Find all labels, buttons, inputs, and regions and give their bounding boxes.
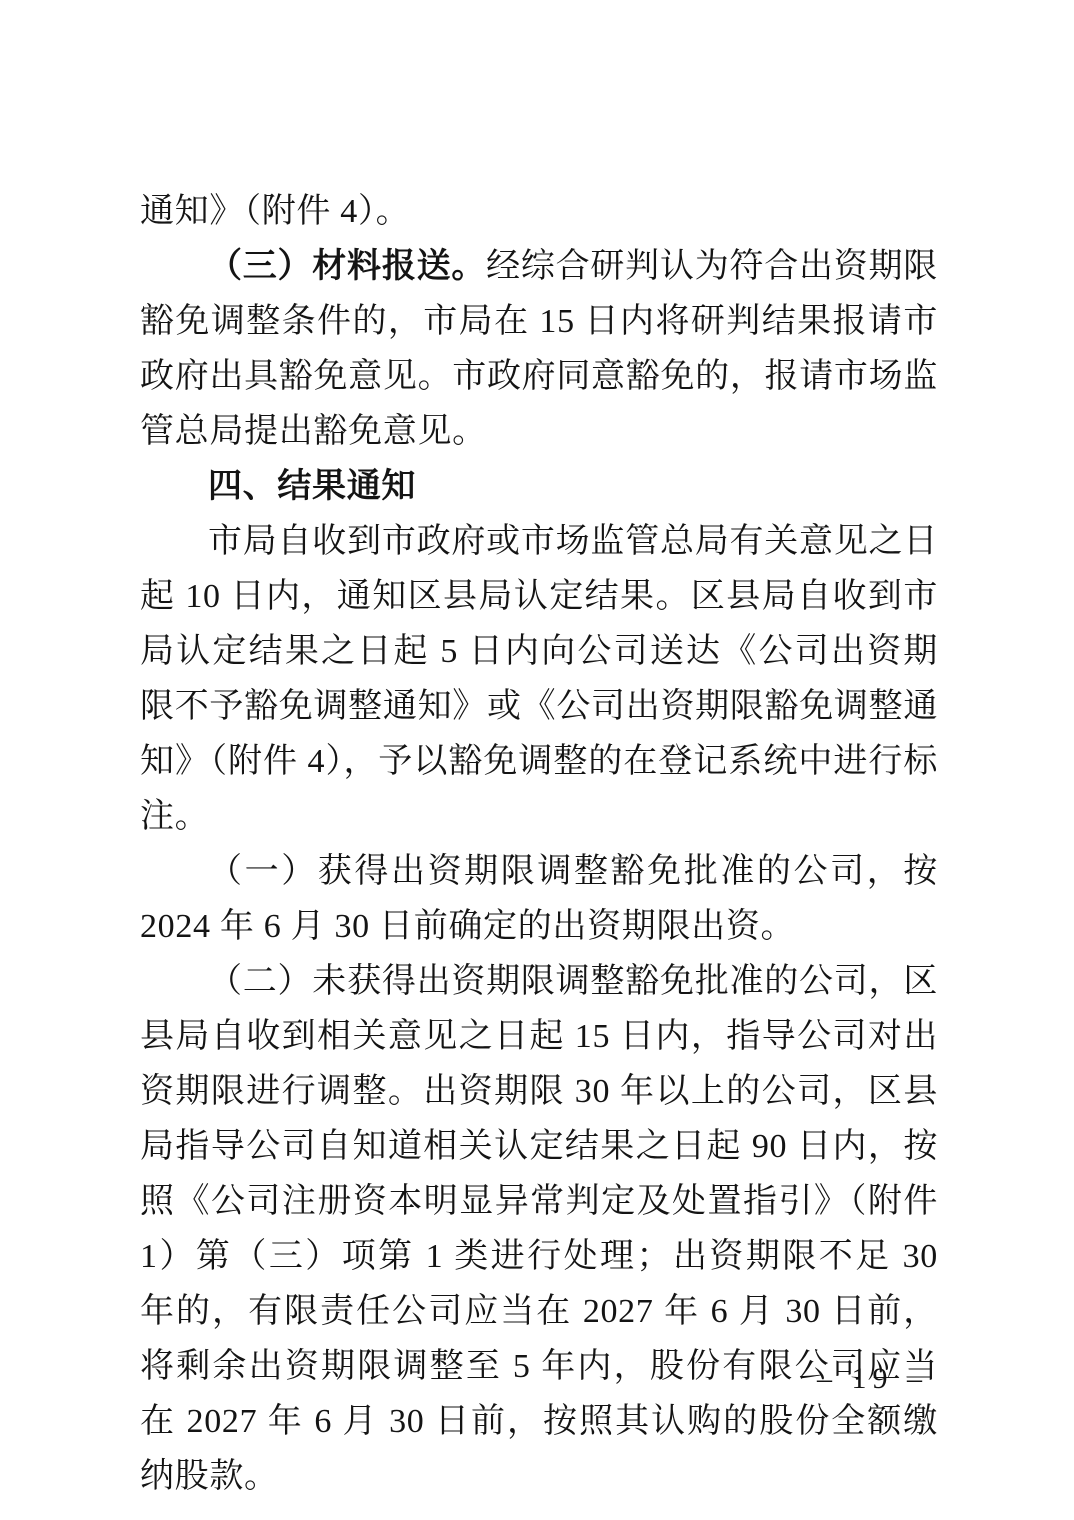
paragraph-text: 通知》（附件 4）。 [140, 193, 410, 230]
paragraph-item-2: （二）未获得出资期限调整豁免批准的公司，区县局自收到相关意见之日起 15 日内，… [140, 954, 938, 1504]
paragraph-text: （一）获得出资期限调整豁免批准的公司，按 2024 年 6 月 30 日前确定的… [140, 853, 938, 945]
paragraph-text: （二）未获得出资期限调整豁免批准的公司，区县局自收到相关意见之日起 15 日内，… [140, 963, 938, 1495]
paragraph-text: 市局自收到市政府或市场监管总局有关意见之日起 10 日内，通知区县局认定结果。区… [140, 523, 938, 835]
paragraph-lead: （三）材料报送。 [208, 248, 486, 285]
paragraph-continuation: 通知》（附件 4）。 [140, 184, 938, 239]
document-page: 通知》（附件 4）。 （三）材料报送。经综合研判认为符合出资期限豁免调整条件的，… [0, 0, 1074, 1520]
document-body: 通知》（附件 4）。 （三）材料报送。经综合研判认为符合出资期限豁免调整条件的，… [140, 184, 938, 1504]
page-number: – 19 – [817, 1362, 928, 1396]
paragraph-notice-procedure: 市局自收到市政府或市场监管总局有关意见之日起 10 日内，通知区县局认定结果。区… [140, 514, 938, 844]
section-heading-result-notice: 四、结果通知 [140, 459, 938, 514]
paragraph-item-1: （一）获得出资期限调整豁免批准的公司，按 2024 年 6 月 30 日前确定的… [140, 844, 938, 954]
paragraph-material-submission: （三）材料报送。经综合研判认为符合出资期限豁免调整条件的，市局在 15 日内将研… [140, 239, 938, 459]
